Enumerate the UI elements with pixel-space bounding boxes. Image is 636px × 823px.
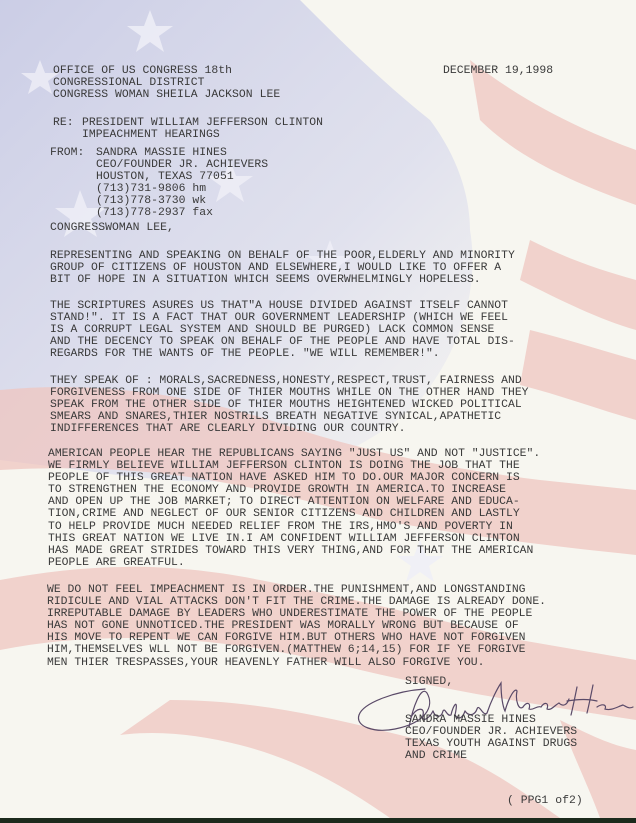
text-line: TO STRENGTHEN THE ECONOMY AND PROVIDE GR… (48, 484, 540, 496)
text-line: REPRESENTING AND SPEAKING ON BEHALF OF T… (50, 250, 515, 262)
text-line: IRREPUTABLE DAMAGE BY LEADERS WHO UNDERE… (47, 608, 546, 620)
body-paragraph-1: REPRESENTING AND SPEAKING ON BEHALF OF T… (50, 250, 515, 286)
body-paragraph-5: WE DO NOT FEEL IMPEACHMENT IS IN ORDER.T… (47, 584, 546, 669)
text-line: THE SCRIPTURES ASURES US THAT"A HOUSE DI… (50, 300, 515, 312)
body-paragraph-2: THE SCRIPTURES ASURES US THAT"A HOUSE DI… (50, 300, 515, 360)
phone-home: (713)731-9806 hm (96, 183, 206, 195)
letter-date: DECEMBER 19,1998 (443, 65, 553, 77)
from-line: SANDRA MASSIE HINES (96, 147, 227, 159)
text-line: IS A CORRUPT LEGAL SYSTEM AND SHOULD BE … (50, 324, 515, 336)
phone-fax: (713)778-2937 fax (96, 207, 213, 219)
body-paragraph-3: THEY SPEAK OF : MORALS,SACREDNESS,HONEST… (50, 375, 529, 435)
text-line: THIS GREAT NATION WE LIVE IN.I AM CONFID… (48, 533, 540, 545)
signatory-line: CEO/FOUNDER JR. ACHIEVERS (405, 726, 577, 738)
office-line: CONGRESSIONAL DISTRICT (53, 77, 204, 89)
text-line: TION,CRIME AND NEGLECT OF OUR SENIOR CIT… (48, 508, 540, 520)
text-line: MEN THIER TRESPASSES,YOUR HEAVENLY FATHE… (47, 657, 546, 669)
text-line: SMEARS AND SNARES,THIER NOSTRILS BREATH … (50, 411, 529, 423)
text-line: TO HELP PROVIDE MUCH NEEDED RELIEF FROM … (48, 521, 540, 533)
text-line: GROUP OF CITIZENS OF HOUSTON AND ELSEWHE… (50, 262, 515, 274)
text-line: AND OPEN UP THE JOB MARKET; TO DIRECT AT… (48, 496, 540, 508)
office-line: OFFICE OF US CONGRESS 18th (53, 65, 232, 77)
from-label: FROM: (50, 147, 84, 159)
text-line: WE FIRMLY BELIEVE WILLIAM JEFFERSON CLIN… (48, 460, 540, 472)
text-line: HIS MOVE TO REPENT WE CAN FORGIVE HIM.BU… (47, 632, 546, 644)
body-paragraph-4: AMERICAN PEOPLE HEAR THE REPUBLICANS SAY… (48, 448, 540, 569)
text-line: STAND!". IT IS A FACT THAT OUR GOVERNMEN… (50, 312, 515, 324)
re-subject-line: PRESIDENT WILLIAM JEFFERSON CLINTON (82, 117, 323, 129)
text-line: PEOPLE OF THIS GREAT NATION HAVE ASKED H… (48, 472, 540, 484)
text-line: REGARDS FOR THE WANTS OF THE PEOPLE. "WE… (50, 348, 515, 360)
text-line: AMERICAN PEOPLE HEAR THE REPUBLICANS SAY… (48, 448, 540, 460)
re-label: RE: (53, 117, 74, 129)
signatory-line: AND CRIME (405, 750, 467, 762)
text-line: HAS MADE GREAT STRIDES TOWARD THIS VERY … (48, 545, 540, 557)
scan-edge (0, 818, 636, 823)
text-line: BIT OF HOPE IN A SITUATION WHICH SEEMS O… (50, 274, 515, 286)
text-line: PEOPLE ARE GREATFUL. (48, 557, 540, 569)
text-line: FORGIVENESS FROM ONE SIDE OF THIER MOUTH… (50, 387, 529, 399)
text-line: HAS NOT GONE UNNOTICED.THE PRESIDENT WAS… (47, 620, 546, 632)
signatory-line: TEXAS YOUTH AGAINST DRUGS (405, 738, 577, 750)
text-line: RIDICULE AND VIAL ATTACKS DON'T FIT THE … (47, 596, 546, 608)
signatory-line: SANDRA MASSIE HINES (405, 714, 536, 726)
salutation: CONGRESSWOMAN LEE, (50, 222, 174, 234)
text-line: THEY SPEAK OF : MORALS,SACREDNESS,HONEST… (50, 375, 529, 387)
from-line: CEO/FOUNDER JR. ACHIEVERS (96, 159, 268, 171)
office-line: CONGRESS WOMAN SHEILA JACKSON LEE (53, 89, 280, 101)
text-line: WE DO NOT FEEL IMPEACHMENT IS IN ORDER.T… (47, 584, 546, 596)
text-line: HIM,THEMSELVES WLL NOT BE FORGIVEN.(MATT… (47, 644, 546, 656)
re-subject-line: IMPEACHMENT HEARINGS (82, 129, 220, 141)
text-line: INDIFFERENCES THAT ARE CLEARLY DIVIDING … (50, 423, 529, 435)
from-line: HOUSTON, TEXAS 77051 (96, 171, 234, 183)
letter-page: OFFICE OF US CONGRESS 18th CONGRESSIONAL… (0, 0, 636, 818)
phone-work: (713)778-3730 wk (96, 195, 206, 207)
page-number: ( PPG1 of2) (507, 795, 583, 807)
text-line: AND THE DECENCY TO SPEAK ON BEHALF OF TH… (50, 336, 515, 348)
text-line: SPEAK FROM THE OTHER SIDE OF THIER MOUTH… (50, 399, 529, 411)
